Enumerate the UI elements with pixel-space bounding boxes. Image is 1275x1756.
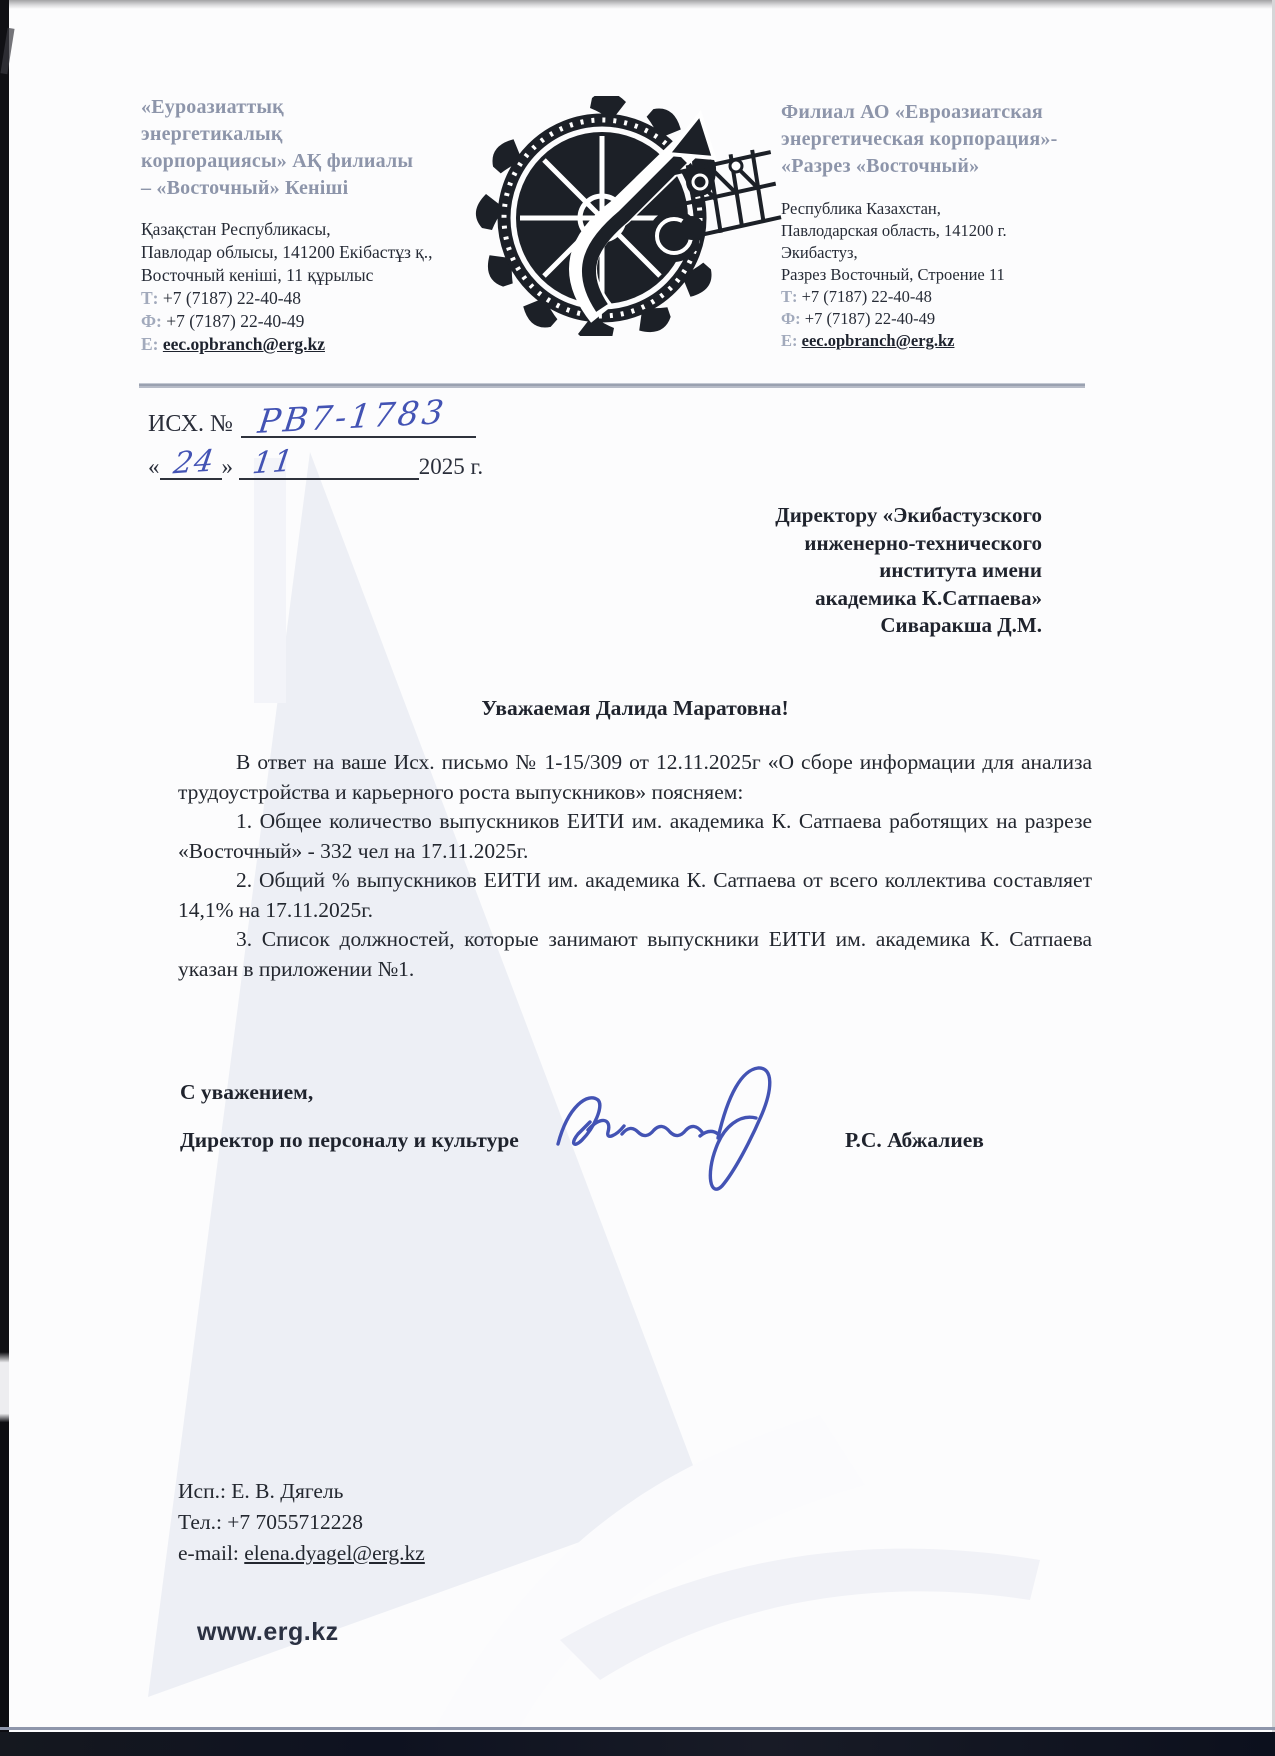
closing-regards: С уважением, xyxy=(180,1080,313,1105)
executor-name: Исп.: Е. В. Дягель xyxy=(178,1476,425,1507)
fax-label: Ф: xyxy=(141,311,162,331)
recipient-block: Директору «Экибастузского инженерно-техн… xyxy=(522,502,1042,640)
phone-label: Т: xyxy=(781,287,798,306)
outgoing-number-handwritten: РВ7-1783 xyxy=(256,392,449,441)
day-field: 24 xyxy=(160,450,222,480)
executor-block: Исп.: Е. В. Дягель Тел.: +7 7055712228 e… xyxy=(178,1476,425,1569)
body-paragraph: 1. Общее количество выпускников ЕИТИ им.… xyxy=(178,807,1092,866)
company-name-kk-line: корпорациясы» АҚ филиалы xyxy=(141,148,501,175)
body-paragraph: 3. Список должностей, которые занимают в… xyxy=(178,925,1092,984)
quote-open: « xyxy=(148,454,160,479)
company-name-kk-line: энергетикалық xyxy=(141,121,501,148)
company-name-kk-line: – «Восточный» Кеніші xyxy=(141,175,501,202)
letterhead-separator-line xyxy=(139,383,1085,388)
signer-position: Директор по персоналу и культуре xyxy=(180,1128,519,1153)
recipient-line: Сиваракша Д.М. xyxy=(522,612,1042,640)
address-line: Восточный кеніші, 11 құрылыс xyxy=(141,264,501,287)
year-suffix: 2025 г. xyxy=(419,454,483,479)
scan-edge-left xyxy=(0,0,9,1756)
date-line: «24» 112025 г. xyxy=(148,450,483,480)
executor-email-value: elena.dyagel@erg.kz xyxy=(244,1541,425,1565)
email-row: Е: eec.opbranch@erg.kz xyxy=(141,333,501,356)
fax-label: Ф: xyxy=(781,309,801,328)
email-row: Е: eec.opbranch@erg.kz xyxy=(781,330,1111,352)
website-url: www.erg.kz xyxy=(197,1618,339,1647)
recipient-line: инженерно-технического xyxy=(522,530,1042,558)
bucket-wheel-excavator-logo xyxy=(452,96,782,336)
phone-value: +7 (7187) 22-40-48 xyxy=(163,288,301,308)
address-line: Республика Казахстан, xyxy=(781,198,1111,220)
address-line: Разрез Восточный, Строение 11 xyxy=(781,264,1111,286)
day-handwritten: 24 xyxy=(171,444,217,482)
executor-email-label: e-mail: xyxy=(178,1541,244,1565)
signer-name: Р.С. Абжалиев xyxy=(845,1128,984,1153)
letterhead-right: Филиал АО «Евроазиатская энергетическая … xyxy=(781,99,1111,352)
fax-row: Ф: +7 (7187) 22-40-49 xyxy=(781,308,1111,330)
fax-value: +7 (7187) 22-40-49 xyxy=(805,309,935,328)
address-block-kk: Қазақстан Республикасы, Павлодар облысы,… xyxy=(141,218,501,356)
outgoing-number-field: РВ7-1783 xyxy=(241,406,476,438)
fax-value: +7 (7187) 22-40-49 xyxy=(166,311,304,331)
company-name-ru-line: Филиал АО «Евроазиатская xyxy=(781,99,1111,126)
signature-stroke xyxy=(550,1062,830,1202)
outgoing-number-line: ИСХ. №РВ7-1783 xyxy=(148,406,476,438)
outgoing-number-label: ИСХ. № xyxy=(148,411,233,437)
address-line: Қазақстан Республикасы, xyxy=(141,218,501,241)
month-field: 11 xyxy=(239,450,419,480)
company-name-ru: Филиал АО «Евроазиатская энергетическая … xyxy=(781,99,1111,180)
executor-phone: Тел.: +7 7055712228 xyxy=(178,1507,425,1538)
address-line: Павлодарская область, 141200 г. xyxy=(781,220,1111,242)
body-paragraph: 2. Общий % выпускников ЕИТИ им. академик… xyxy=(178,866,1092,925)
company-name-ru-line: энергетическая корпорация»- xyxy=(781,126,1111,153)
letter-body: В ответ на ваше Исх. письмо № 1-15/309 о… xyxy=(178,748,1092,984)
phone-row: Т: +7 (7187) 22-40-48 xyxy=(781,286,1111,308)
scanned-letter-page: «Еуроазиаттық энергетикалық корпорациясы… xyxy=(0,0,1275,1756)
month-handwritten: 11 xyxy=(250,444,296,482)
email-value: eec.opbranch@erg.kz xyxy=(163,334,325,354)
executor-email-row: e-mail: elena.dyagel@erg.kz xyxy=(178,1538,425,1569)
address-line: Экибастуз, xyxy=(781,242,1111,264)
company-name-kk-line: «Еуроазиаттық xyxy=(141,94,501,121)
fax-row: Ф: +7 (7187) 22-40-49 xyxy=(141,310,501,333)
bucket-wheel-icon xyxy=(452,96,782,336)
company-name-kk: «Еуроазиаттық энергетикалық корпорациясы… xyxy=(141,94,501,202)
recipient-line: института имени xyxy=(522,557,1042,585)
salutation: Уважаемая Далида Маратовна! xyxy=(178,696,1092,721)
recipient-line: академика К.Сатпаева» xyxy=(522,585,1042,613)
address-line: Павлодар облысы, 141200 Екібастұз қ., xyxy=(141,241,501,264)
body-paragraph: В ответ на ваше Исх. письмо № 1-15/309 о… xyxy=(178,748,1092,807)
scan-edge-top xyxy=(0,0,1275,9)
letterhead-left: «Еуроазиаттық энергетикалық корпорациясы… xyxy=(141,94,501,356)
phone-label: Т: xyxy=(141,288,159,308)
quote-close: » xyxy=(222,454,234,479)
handwritten-signature-icon xyxy=(550,1062,830,1202)
recipient-line: Директору «Экибастузского xyxy=(522,502,1042,530)
scan-edge-bottom xyxy=(0,1732,1275,1756)
address-block-ru: Республика Казахстан, Павлодарская облас… xyxy=(781,198,1111,352)
company-name-ru-line: «Разрез «Восточный» xyxy=(781,153,1111,180)
scan-edge-bottom-line xyxy=(0,1727,1275,1730)
phone-value: +7 (7187) 22-40-48 xyxy=(802,287,932,306)
email-value: eec.opbranch@erg.kz xyxy=(802,331,955,350)
email-label: Е: xyxy=(141,334,159,354)
phone-row: Т: +7 (7187) 22-40-48 xyxy=(141,287,501,310)
email-label: Е: xyxy=(781,331,798,350)
